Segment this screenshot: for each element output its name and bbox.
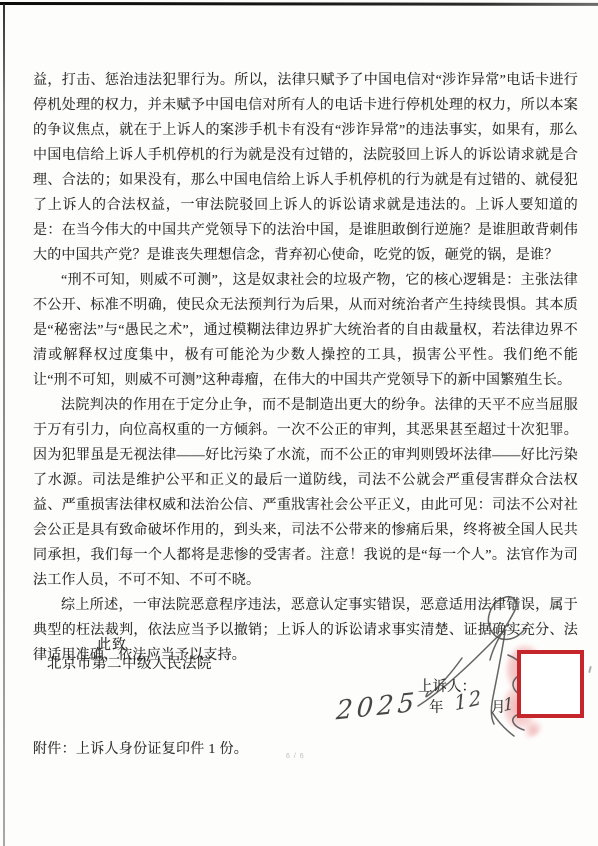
handwritten-day: 1 — [502, 694, 514, 716]
year-unit-label: 年 — [429, 696, 444, 717]
scanned-document-page: 益，打击、惩治违法犯罪行为。所以，法律只赋予了中国电信对“涉诈异常”电话卡进行停… — [0, 0, 598, 846]
paragraph: “刑不可知，则威不可测”，这是奴隶社会的垃圾产物，它的核心逻辑是：主张法律不公开… — [33, 268, 578, 393]
page-number: 6 / 6 — [286, 753, 305, 760]
paragraph-continuation: 益，打击、惩治违法犯罪行为。所以，法律只赋予了中国电信对“涉诈异常”电话卡进行停… — [33, 68, 578, 268]
attachment-note: 附件：上诉人身份证复印件 1 份。 — [33, 738, 248, 758]
closing-court-name: 北京市第二中级人民法院 — [47, 652, 212, 673]
paragraph: 法院判决的作用在于定分止争，而不是制造出更大的纷争。法律的天平不应当屈服于万有引… — [33, 393, 578, 593]
redaction-box — [517, 650, 584, 718]
closing-salute: 此致 — [97, 634, 127, 654]
scan-edge-top — [0, 2, 598, 6]
scan-edge-left — [3, 4, 5, 846]
